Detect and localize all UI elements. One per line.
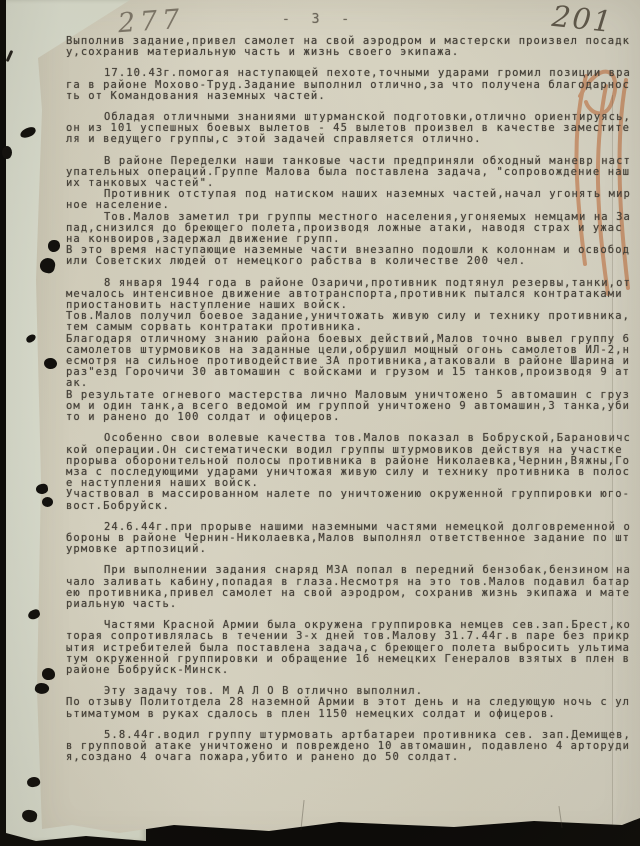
document-paragraph: Тов.Малов заметил три группы местного на… bbox=[66, 212, 633, 246]
document-paragraph: 8 января 1944 года в районе Озаричи,прот… bbox=[66, 278, 633, 312]
scanned-document-page: { "document": { "handwritten_number_left… bbox=[0, 0, 640, 846]
document-paragraph: Обладая отличными знаниями штурманской п… bbox=[66, 112, 633, 146]
document-body: Выполнив задание,привел самолет на свой … bbox=[66, 36, 633, 763]
document-paragraph: Благодаря отличному знанию района боевых… bbox=[66, 334, 633, 390]
document-paragraph: Особенно свои волевые качества тов.Малов… bbox=[66, 433, 633, 489]
document-paragraph: Частями Красной Армии была окружена груп… bbox=[66, 620, 633, 676]
document-paragraph: В результате огневого мастерства лично М… bbox=[66, 390, 633, 424]
document-paragraph: 17.10.43г.помогая наступающей пехоте,точ… bbox=[66, 68, 633, 102]
document-paragraph: Противник отступая под натиском наших на… bbox=[66, 189, 633, 211]
typed-page-number: - 3 - bbox=[282, 12, 356, 27]
handwritten-page-number-right: 201 bbox=[550, 0, 615, 39]
document-paragraph: В районе Переделки наши танковые части п… bbox=[66, 156, 633, 190]
ink-blot-icon bbox=[2, 146, 12, 159]
document-paragraph: При выполнении задания снаряд МЗА попал … bbox=[66, 565, 633, 610]
document-paragraph: 5.8.44г.водил группу штурмовать артбатар… bbox=[66, 730, 633, 764]
document-paragraph: Участвовал в массированном налете по уни… bbox=[66, 489, 633, 511]
ink-blot-icon bbox=[42, 668, 55, 680]
paper-crease bbox=[612, 95, 613, 825]
handwritten-page-number-left: 277 bbox=[117, 4, 186, 40]
document-paragraph: Тов.Малов получил боевое задание,уничтож… bbox=[66, 311, 633, 333]
document-paragraph: По отзыву Политотдела 28 наземной Армии … bbox=[66, 697, 633, 719]
document-paragraph: Выполнив задание,привел самолет на свой … bbox=[66, 36, 633, 58]
document-paragraph: В это время наступающие наземные части в… bbox=[66, 245, 633, 267]
document-paragraph: 24.6.44г.при прорыве нашими наземными ча… bbox=[66, 522, 633, 556]
ink-blot-icon bbox=[42, 497, 53, 507]
